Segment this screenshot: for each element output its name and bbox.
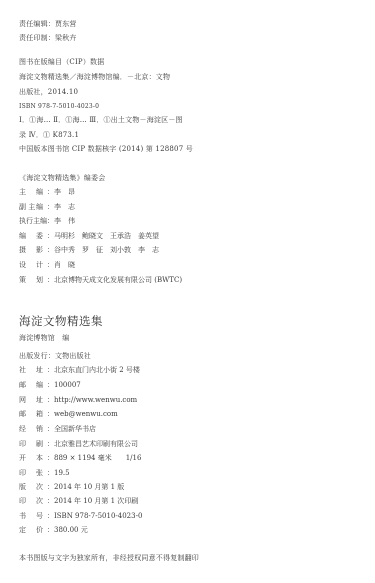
imprint-row: 印次：2014 年 10 月第 1 次印刷 bbox=[19, 497, 138, 506]
value: ：100007 bbox=[47, 381, 81, 390]
label: 经 bbox=[19, 425, 26, 434]
committee-row: 执行主编：李 伟 bbox=[19, 217, 75, 226]
value: ：380.00 元 bbox=[47, 526, 88, 535]
committee-row: 设计：肖 晓 bbox=[19, 261, 75, 270]
value: ：北京博物天成文化发展有限公司 (BWTC) bbox=[47, 276, 182, 285]
label: 副 主 bbox=[19, 203, 35, 212]
label: 执行主 bbox=[19, 217, 40, 226]
label: 编 bbox=[36, 188, 43, 197]
imprint-row: 网址：http://www.wenwu.com bbox=[19, 396, 137, 405]
label: 书 bbox=[19, 512, 26, 521]
value: ：19.5 bbox=[47, 469, 70, 478]
value: ：全国新华书店 bbox=[47, 425, 96, 434]
label: 主 bbox=[19, 188, 26, 197]
imprint-row: 书号：ISBN 978-7-5010-4023-0 bbox=[19, 512, 142, 521]
label: 计 bbox=[36, 261, 43, 270]
cip-line-3: Ⅰ．①海… Ⅱ．①海… Ⅲ．①出土文物－海淀区－图 bbox=[19, 116, 183, 125]
label: 划 bbox=[36, 276, 43, 285]
label: 号 bbox=[36, 512, 43, 521]
cip-line-2: 出版社，2014.10 bbox=[19, 88, 78, 97]
label: 社 bbox=[19, 366, 26, 375]
value: ：李 昂 bbox=[47, 188, 75, 197]
label: 价 bbox=[36, 526, 43, 535]
imprint-row: 定价：380.00 元 bbox=[19, 526, 88, 535]
value: ：李 志 bbox=[47, 203, 75, 212]
imprint-row: 开本：889 × 1194 毫米 1/16 bbox=[19, 454, 141, 463]
label: 设 bbox=[19, 261, 26, 270]
imprint-row: 版次：2014 年 10 月第 1 版 bbox=[19, 483, 124, 492]
value: ：北京东直门内北小街 2 号楼 bbox=[47, 366, 140, 375]
value: ：北京雅昌艺术印刷有限公司 bbox=[47, 440, 138, 449]
cip-isbn: ISBN 978-7-5010-4023-0 bbox=[19, 102, 99, 111]
imprint-row: 邮编：100007 bbox=[19, 381, 81, 390]
label: 印 bbox=[19, 440, 26, 449]
label: 影 bbox=[36, 246, 43, 255]
value: ：肖 晓 bbox=[47, 261, 75, 270]
book-publisher: 出版发行：文物出版社 bbox=[19, 352, 91, 361]
committee-row: 摄影：谷中秀 罗 征 刘小敦 李 志 bbox=[19, 246, 159, 255]
label: 箱 bbox=[36, 410, 43, 419]
label: 印 bbox=[19, 497, 26, 506]
printing-credit: 责任印制：梁秋卉 bbox=[19, 34, 77, 43]
imprint-row: 印张：19.5 bbox=[19, 469, 70, 478]
label: 印 bbox=[19, 469, 26, 478]
label: 次 bbox=[36, 497, 43, 506]
label: 编 bbox=[36, 381, 43, 390]
value: ：谷中秀 罗 征 刘小敦 李 志 bbox=[47, 246, 159, 255]
imprint-row: 社址：北京东直门内北小街 2 号楼 bbox=[19, 366, 140, 375]
copyright-notice: 本书图版与文字为独家所有，非经授权同意不得复制翻印 bbox=[19, 554, 199, 563]
committee-heading: 《海淀文物精选集》编委会 bbox=[19, 174, 105, 183]
label: 编 bbox=[40, 217, 47, 226]
label: 邮 bbox=[19, 410, 26, 419]
imprint-row: 经销：全国新华书店 bbox=[19, 425, 96, 434]
cip-line-4: 录 Ⅳ．① K873.1 bbox=[19, 131, 79, 140]
label: 邮 bbox=[19, 381, 26, 390]
value: ：http://www.wenwu.com bbox=[47, 396, 137, 405]
label: 编 bbox=[19, 232, 26, 241]
label: 次 bbox=[36, 483, 43, 492]
label: 销 bbox=[36, 425, 43, 434]
label: 本 bbox=[36, 454, 43, 463]
committee-row: 副 主编：李 志 bbox=[19, 203, 75, 212]
cip-line-5: 中国版本图书馆 CIP 数据核字 (2014) 第 128807 号 bbox=[19, 145, 193, 154]
book-title: 海淀文物精选集 bbox=[19, 314, 103, 328]
label: 策 bbox=[19, 276, 26, 285]
value: ：2014 年 10 月第 1 次印刷 bbox=[47, 497, 138, 506]
committee-row: 编委：马明杉 鲍晓文 王承浩 姜英望 bbox=[19, 232, 159, 241]
label: 摄 bbox=[19, 246, 26, 255]
cip-heading: 图书在版编目（CIP）数据 bbox=[19, 58, 104, 67]
value: ：ISBN 978-7-5010-4023-0 bbox=[47, 512, 142, 521]
value: ：web@wenwu.com bbox=[47, 410, 118, 419]
cip-line-1: 海淀文物精选集／海淀博物馆编．－北京：文物 bbox=[19, 73, 170, 82]
editor-credit: 责任编辑：贾东营 bbox=[19, 20, 77, 29]
value: ：马明杉 鲍晓文 王承浩 姜英望 bbox=[47, 232, 159, 241]
label: 刷 bbox=[36, 440, 43, 449]
book-author: 海淀博物馆 编 bbox=[19, 334, 69, 343]
label: 版 bbox=[19, 483, 26, 492]
label: 址 bbox=[36, 366, 43, 375]
label: 编 bbox=[36, 203, 43, 212]
label: 开 bbox=[19, 454, 26, 463]
label: 网 bbox=[19, 396, 26, 405]
value: ：889 × 1194 毫米 1/16 bbox=[47, 454, 141, 463]
imprint-row: 印刷：北京雅昌艺术印刷有限公司 bbox=[19, 440, 138, 449]
value: ：李 伟 bbox=[47, 217, 75, 226]
value: ：2014 年 10 月第 1 版 bbox=[47, 483, 124, 492]
label: 定 bbox=[19, 526, 26, 535]
label: 址 bbox=[36, 396, 43, 405]
label: 张 bbox=[36, 469, 43, 478]
committee-row: 策划：北京博物天成文化发展有限公司 (BWTC) bbox=[19, 276, 182, 285]
imprint-row: 邮箱：web@wenwu.com bbox=[19, 410, 118, 419]
committee-row: 主编：李 昂 bbox=[19, 188, 75, 197]
label: 委 bbox=[36, 232, 43, 241]
